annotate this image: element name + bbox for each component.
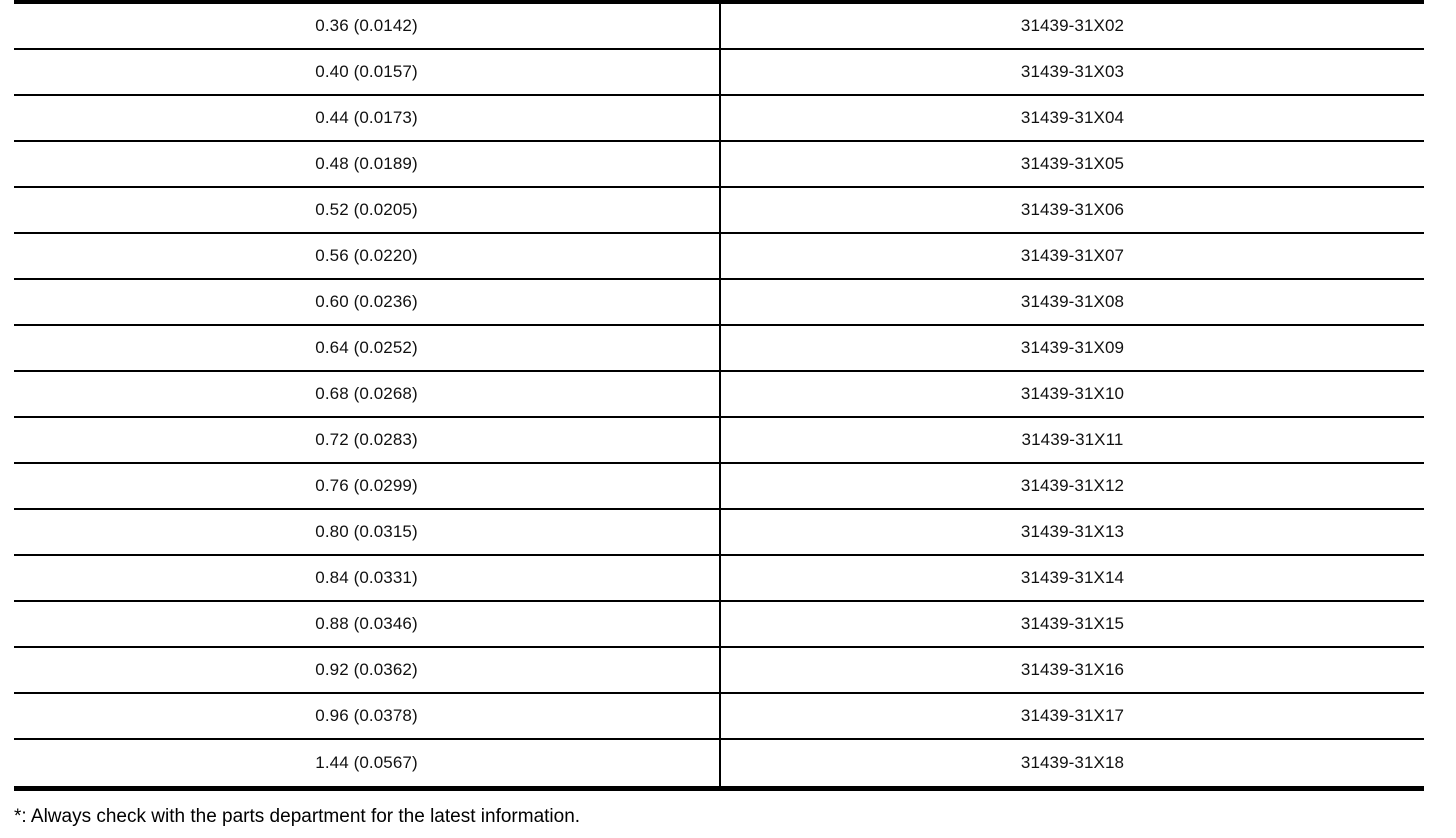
part-number-cell: 31439-31X18	[721, 740, 1424, 786]
footnote: *: Always check with the parts departmen…	[14, 806, 580, 828]
table-row: 1.44 (0.0567)31439-31X18	[14, 740, 1424, 786]
table-row: 0.80 (0.0315)31439-31X13	[14, 510, 1424, 556]
table-row: 0.48 (0.0189)31439-31X05	[14, 142, 1424, 188]
table-row: 0.40 (0.0157)31439-31X03	[14, 50, 1424, 96]
part-number-cell: 31439-31X13	[721, 510, 1424, 554]
part-number-cell: 31439-31X06	[721, 188, 1424, 232]
part-number-cell: 31439-31X08	[721, 280, 1424, 324]
table-row: 0.64 (0.0252)31439-31X09	[14, 326, 1424, 372]
thickness-cell: 0.72 (0.0283)	[14, 418, 721, 462]
part-number-cell: 31439-31X16	[721, 648, 1424, 692]
thickness-cell: 0.76 (0.0299)	[14, 464, 721, 508]
table-row: 0.72 (0.0283)31439-31X11	[14, 418, 1424, 464]
thickness-cell: 0.52 (0.0205)	[14, 188, 721, 232]
thickness-cell: 1.44 (0.0567)	[14, 740, 721, 786]
thickness-cell: 0.64 (0.0252)	[14, 326, 721, 370]
table-row: 0.92 (0.0362)31439-31X16	[14, 648, 1424, 694]
thickness-cell: 0.84 (0.0331)	[14, 556, 721, 600]
thickness-cell: 0.96 (0.0378)	[14, 694, 721, 738]
table-row: 0.76 (0.0299)31439-31X12	[14, 464, 1424, 510]
table-row: 0.68 (0.0268)31439-31X10	[14, 372, 1424, 418]
part-number-cell: 31439-31X02	[721, 4, 1424, 48]
table-row: 0.56 (0.0220)31439-31X07	[14, 234, 1424, 280]
thickness-cell: 0.92 (0.0362)	[14, 648, 721, 692]
thickness-cell: 0.48 (0.0189)	[14, 142, 721, 186]
part-number-cell: 31439-31X10	[721, 372, 1424, 416]
table-row: 0.60 (0.0236)31439-31X08	[14, 280, 1424, 326]
table-row: 0.36 (0.0142)31439-31X02	[14, 4, 1424, 50]
thickness-cell: 0.80 (0.0315)	[14, 510, 721, 554]
thickness-cell: 0.40 (0.0157)	[14, 50, 721, 94]
part-number-cell: 31439-31X15	[721, 602, 1424, 646]
table-row: 0.96 (0.0378)31439-31X17	[14, 694, 1424, 740]
thickness-cell: 0.56 (0.0220)	[14, 234, 721, 278]
thickness-cell: 0.44 (0.0173)	[14, 96, 721, 140]
thickness-cell: 0.60 (0.0236)	[14, 280, 721, 324]
part-number-cell: 31439-31X11	[721, 418, 1424, 462]
part-number-cell: 31439-31X07	[721, 234, 1424, 278]
part-number-cell: 31439-31X05	[721, 142, 1424, 186]
table-row: 0.84 (0.0331)31439-31X14	[14, 556, 1424, 602]
thickness-cell: 0.88 (0.0346)	[14, 602, 721, 646]
part-number-cell: 31439-31X03	[721, 50, 1424, 94]
part-number-cell: 31439-31X14	[721, 556, 1424, 600]
table-row: 0.44 (0.0173)31439-31X04	[14, 96, 1424, 142]
parts-table: 0.36 (0.0142)31439-31X020.40 (0.0157)314…	[14, 0, 1424, 791]
thickness-cell: 0.36 (0.0142)	[14, 4, 721, 48]
table-row: 0.88 (0.0346)31439-31X15	[14, 602, 1424, 648]
table-row: 0.52 (0.0205)31439-31X06	[14, 188, 1424, 234]
thickness-cell: 0.68 (0.0268)	[14, 372, 721, 416]
part-number-cell: 31439-31X04	[721, 96, 1424, 140]
part-number-cell: 31439-31X17	[721, 694, 1424, 738]
part-number-cell: 31439-31X09	[721, 326, 1424, 370]
part-number-cell: 31439-31X12	[721, 464, 1424, 508]
